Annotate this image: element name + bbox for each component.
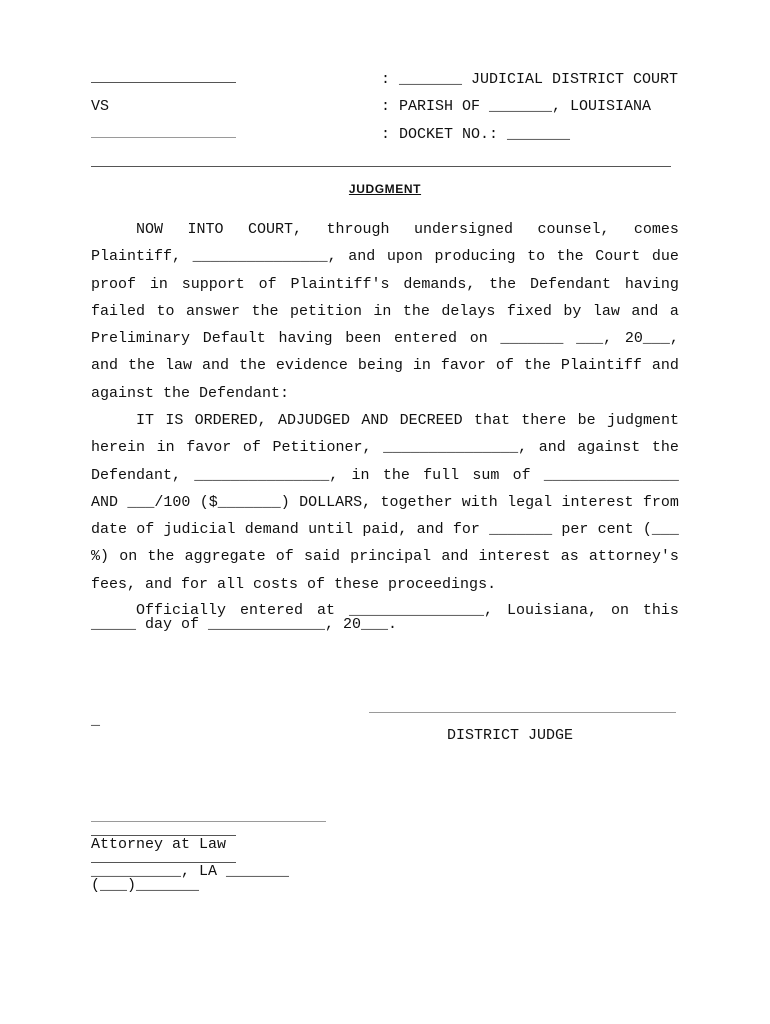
word: interest (479, 548, 551, 575)
word: AND (361, 412, 388, 439)
word: fees, and for all costs of these proceed… (91, 576, 496, 603)
word: entered (394, 330, 457, 357)
word: due (652, 248, 679, 275)
word: the (383, 467, 410, 494)
word: law (593, 303, 620, 330)
word: ADJUDGED (278, 412, 350, 439)
word: legal (507, 494, 552, 521)
word: having (625, 276, 679, 303)
defendant-name-line[interactable] (91, 137, 236, 138)
word: said (304, 548, 340, 575)
word: ___, (576, 330, 612, 357)
word: Defendant (530, 276, 611, 303)
word: through (326, 221, 389, 248)
paragraph-line: Plaintiff,_______________,anduponproduci… (91, 248, 679, 275)
word: to (156, 303, 174, 330)
word: Petitioner, (272, 439, 371, 466)
caption-divider (91, 166, 671, 167)
word: with (462, 494, 498, 521)
paragraph-it-is-ordered: ITISORDERED,ADJUDGEDANDDECREEDthatthereb… (91, 412, 679, 603)
word: on (119, 548, 137, 575)
word: demand (245, 521, 299, 548)
word: the (652, 439, 679, 466)
court-line: : _______ JUDICIAL DISTRICT COURT (381, 71, 678, 89)
word: aggregate (185, 548, 266, 575)
word: of (136, 521, 154, 548)
word: Defendant, (91, 467, 181, 494)
word: until (308, 521, 353, 548)
word: the (403, 303, 430, 330)
word: be (578, 412, 596, 439)
word: ___/100 (127, 494, 190, 521)
paragraph-line: ITISORDERED,ADJUDGEDANDDECREEDthatthereb… (91, 412, 679, 439)
word: ORDERED, (195, 412, 267, 439)
word: date (91, 521, 127, 548)
word: %) (91, 548, 109, 575)
paragraph-line: _____ day of _____________, 20___. (91, 618, 679, 632)
word: favor (441, 357, 486, 384)
word: on (611, 604, 629, 618)
word: favor (186, 439, 231, 466)
word: of (496, 357, 514, 384)
signature-left-mark: _ (91, 712, 100, 730)
word: INTO (187, 221, 223, 248)
word: been (345, 330, 381, 357)
word: full (423, 467, 459, 494)
word: by (563, 303, 581, 330)
word: as (561, 548, 579, 575)
word: and (348, 248, 375, 275)
word: having (278, 330, 332, 357)
word: this (643, 604, 679, 618)
word: to (527, 248, 545, 275)
word: the (557, 248, 584, 275)
word: of (243, 439, 261, 466)
word: 20___, (625, 330, 679, 357)
word: COURT, (248, 221, 302, 248)
word: in (157, 439, 175, 466)
judgment-document: VS : _______ JUDICIAL DISTRICT COURT : P… (0, 0, 770, 1024)
word: and (417, 521, 444, 548)
word: of (259, 276, 277, 303)
word: answer (186, 303, 240, 330)
word: _______________ (544, 467, 679, 494)
word: herein (91, 439, 145, 466)
word: a (670, 303, 679, 330)
word: comes (634, 221, 679, 248)
district-judge-label: DISTRICT JUDGE (447, 727, 573, 745)
word: Louisiana, (507, 604, 597, 618)
paragraph-line: against the Defendant: (91, 385, 679, 412)
word: paid, (362, 521, 407, 548)
word: ($_______) (200, 494, 290, 521)
word: against (577, 439, 640, 466)
paragraph-line: fees, and for all costs of these proceed… (91, 576, 679, 603)
word: principal (350, 548, 431, 575)
word: for (453, 521, 480, 548)
word: upon (387, 248, 423, 275)
word: and (202, 357, 229, 384)
paragraph-officially-entered: Officiallyenteredat_______________,Louis… (91, 604, 679, 632)
word: the (147, 548, 174, 575)
word: sum (472, 467, 499, 494)
plaintiff-name-line[interactable] (91, 82, 236, 83)
word: being (358, 357, 403, 384)
parish-line: : PARISH OF _______, LOUISIANA (381, 98, 651, 116)
word: judgment (607, 412, 679, 439)
paragraph-line: proofinsupportofPlaintiff'sdemands,theDe… (91, 276, 679, 303)
paragraph-line: hereininfavorofPetitioner,______________… (91, 439, 679, 466)
word: proof (91, 276, 136, 303)
word: the (239, 357, 266, 384)
word: undersigned (414, 221, 513, 248)
word: the (489, 276, 516, 303)
word: together (380, 494, 452, 521)
word: attorney's (589, 548, 679, 575)
word: IS (165, 412, 183, 439)
word: and (652, 357, 679, 384)
word: evidence (276, 357, 348, 384)
paragraph-line: NOWINTOCOURT,throughundersignedcounsel,c… (91, 221, 679, 248)
paragraph-line: Defendant,_______________,inthefullsumof… (91, 467, 679, 494)
word: interest (562, 494, 634, 521)
word: against the Defendant: (91, 385, 289, 412)
paragraph-line: %)ontheaggregateofsaidprincipalandintere… (91, 548, 679, 575)
word: counsel, (537, 221, 609, 248)
vs-label: VS (91, 98, 109, 116)
word: DECREED (400, 412, 463, 439)
attorney-signature-line[interactable] (91, 821, 326, 822)
docket-line: : DOCKET NO.: _______ (381, 126, 570, 144)
word: AND (91, 494, 118, 521)
word: from (643, 494, 679, 521)
word: _____ day of _____________, 20___. (91, 618, 397, 632)
word: the (251, 303, 278, 330)
word: the (524, 357, 551, 384)
paragraph-line: failedtoanswerthepetitioninthedelaysfixe… (91, 303, 679, 330)
paragraph-line: PreliminaryDefaulthavingbeenenteredon___… (91, 330, 679, 357)
word: in (373, 303, 391, 330)
word: Court (595, 248, 640, 275)
word: support (182, 276, 245, 303)
word: (___ (643, 521, 679, 548)
word: in (352, 467, 370, 494)
word: and (441, 548, 468, 575)
judge-signature-line[interactable] (369, 712, 676, 713)
word: in (413, 357, 431, 384)
word: demands, (403, 276, 475, 303)
word: _______________, (383, 439, 527, 466)
word: fixed (507, 303, 552, 330)
word: and (91, 357, 118, 384)
word: DOLLARS, (299, 494, 371, 521)
word: NOW (136, 221, 163, 248)
word: judicial (164, 521, 236, 548)
word: Plaintiff, (91, 248, 181, 275)
word: Default (203, 330, 266, 357)
word: _______ (500, 330, 563, 357)
word: and (539, 439, 566, 466)
word: the (128, 357, 155, 384)
paragraph-now-into-court: NOWINTOCOURT,throughundersignedcounsel,c… (91, 221, 679, 412)
word: and (631, 303, 658, 330)
word: in (150, 276, 168, 303)
word: failed (91, 303, 145, 330)
attorney-phone-line: (___)_______ (91, 877, 199, 895)
word: there (521, 412, 566, 439)
word: _______________, (193, 248, 337, 275)
word: law (165, 357, 192, 384)
word: petition (290, 303, 362, 330)
word: of (276, 548, 294, 575)
word: IT (136, 412, 154, 439)
word: that (474, 412, 510, 439)
word: _______________, (194, 467, 338, 494)
word: of (513, 467, 531, 494)
attorney-title: Attorney at Law (91, 836, 226, 854)
word: Plaintiff (561, 357, 642, 384)
word: on (470, 330, 488, 357)
paragraph-line: dateofjudicialdemanduntilpaid,andfor____… (91, 521, 679, 548)
word: producing (434, 248, 515, 275)
document-title: JUDGMENT (0, 182, 770, 196)
word: per (561, 521, 588, 548)
word: Preliminary (91, 330, 190, 357)
paragraph-line: andthelawandtheevidencebeinginfavorofthe… (91, 357, 679, 384)
word: delays (441, 303, 495, 330)
word: cent (598, 521, 634, 548)
paragraph-line: AND___/100($_______)DOLLARS,togetherwith… (91, 494, 679, 521)
word: Plaintiff's (290, 276, 389, 303)
word: _______ (489, 521, 552, 548)
